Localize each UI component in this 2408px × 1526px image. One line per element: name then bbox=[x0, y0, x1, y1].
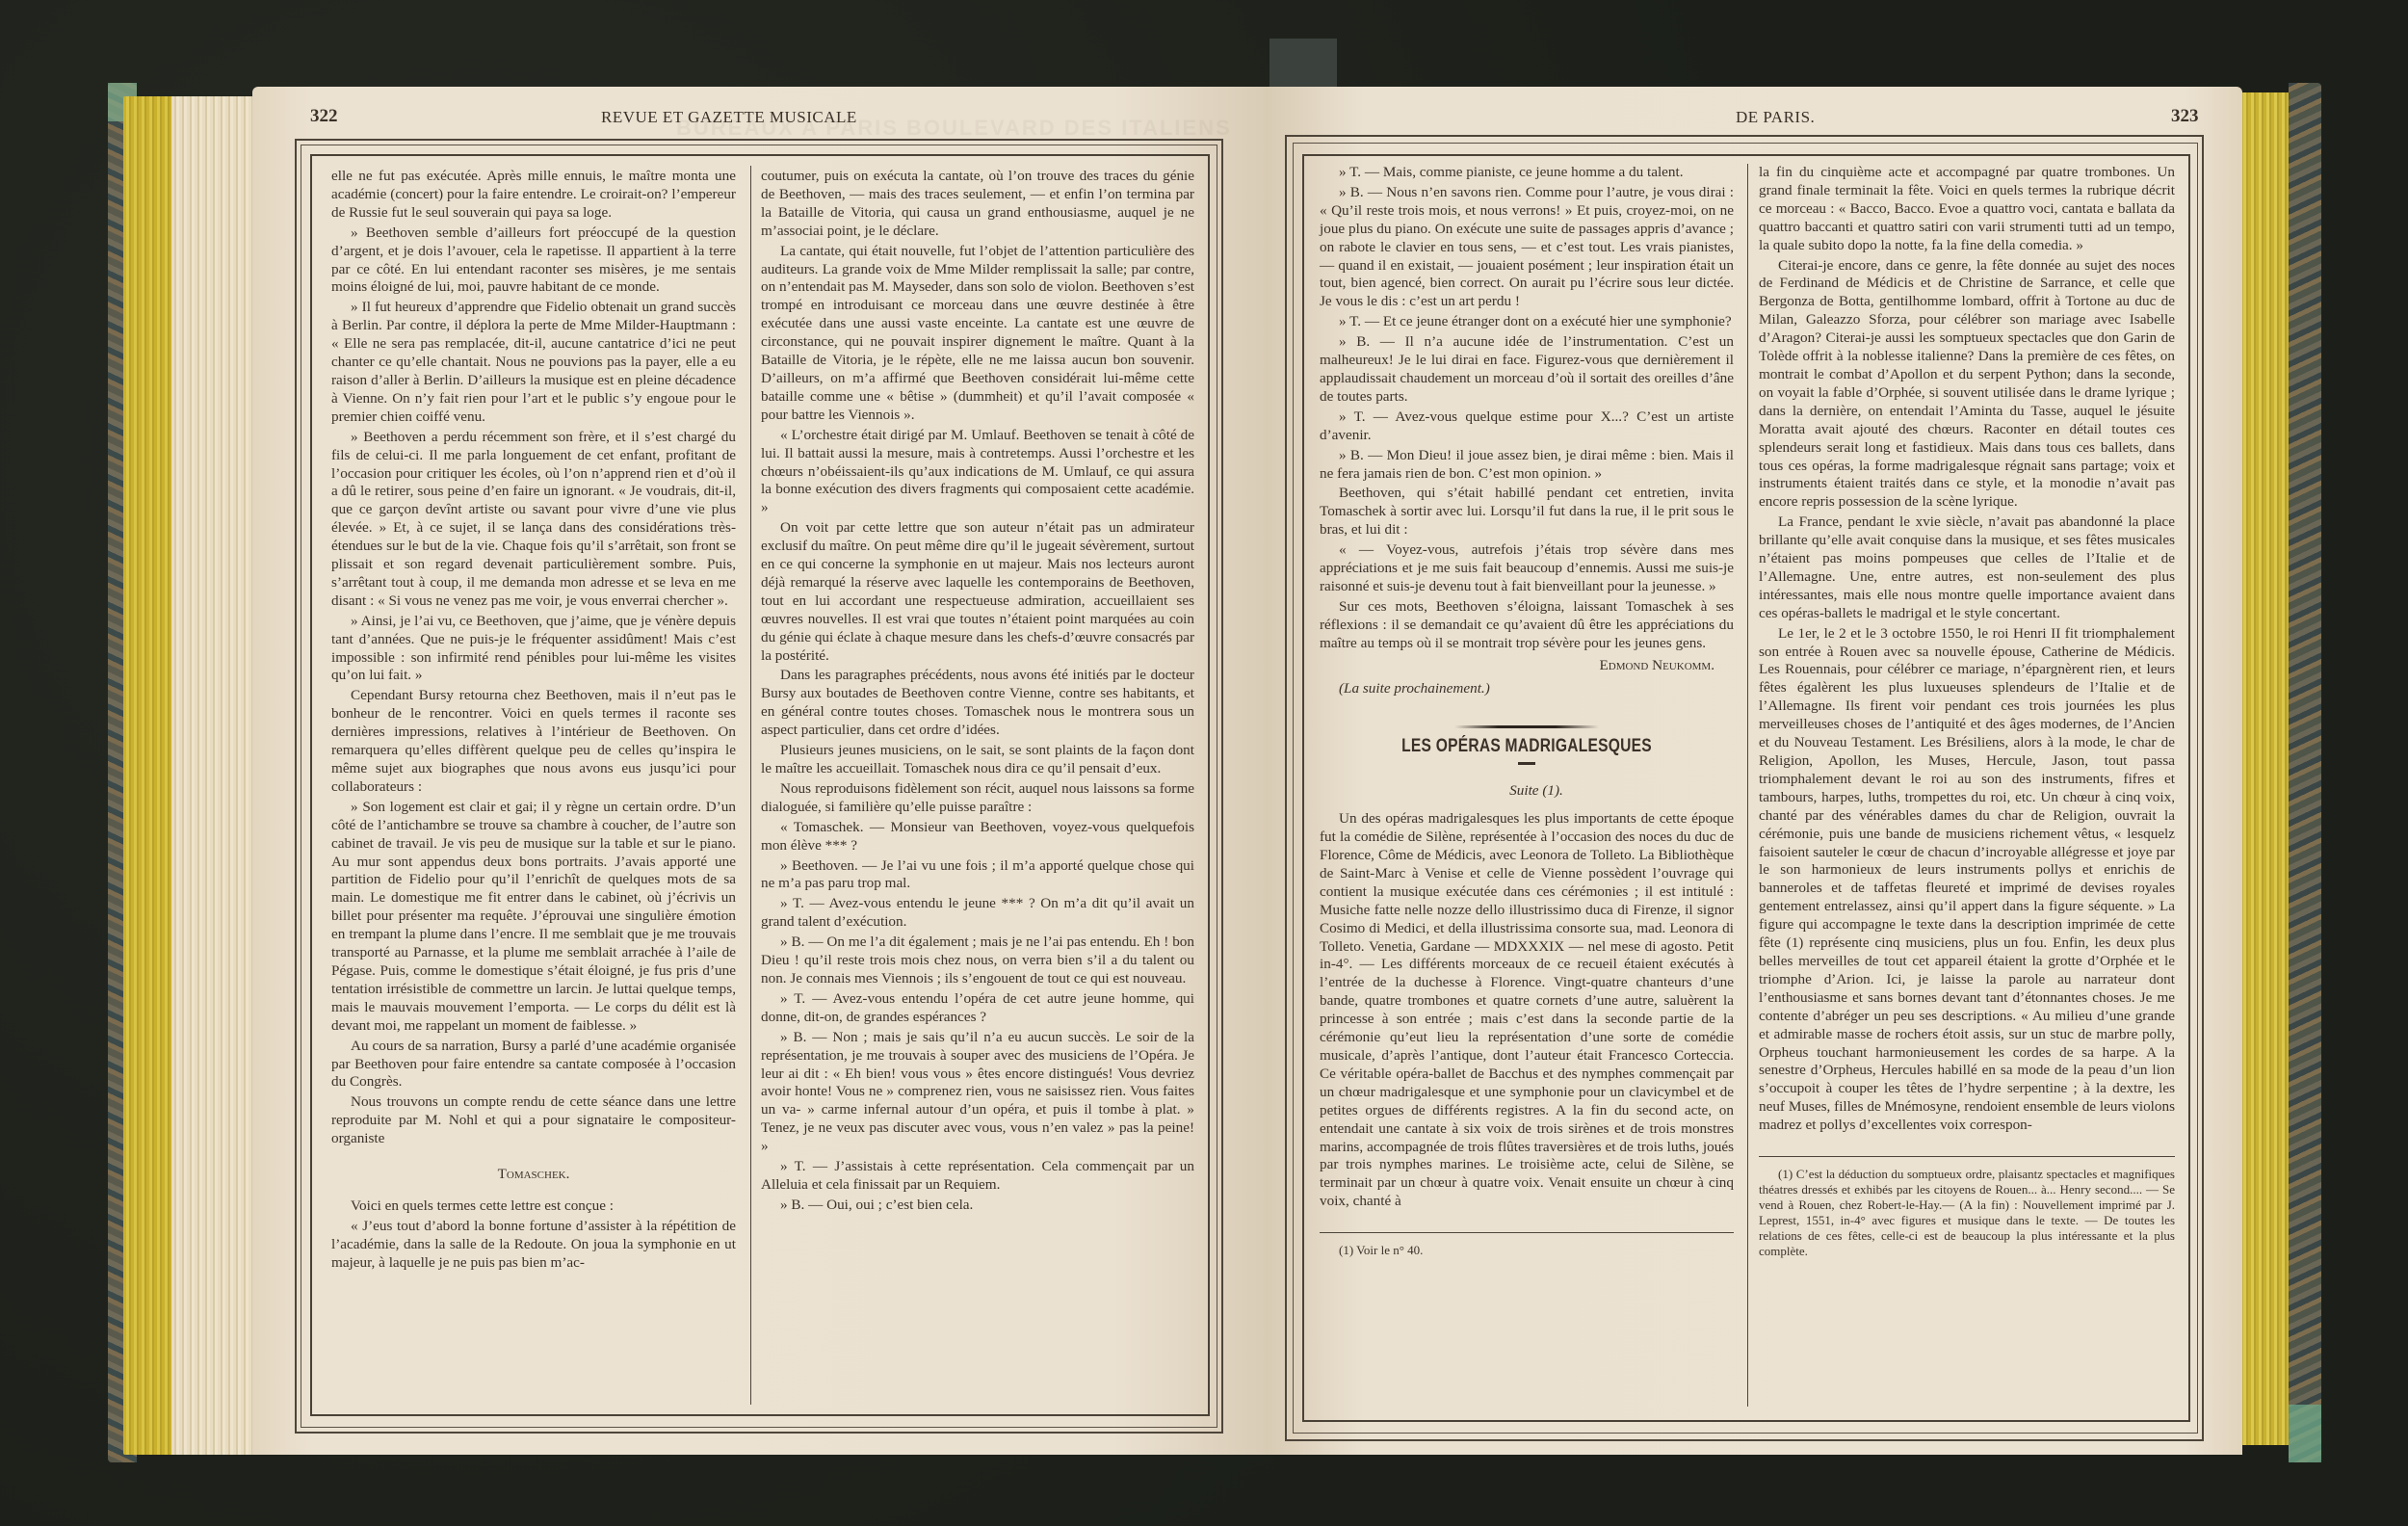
paragraph: Nous reproduisons fidèlement son récit, … bbox=[761, 780, 1194, 817]
section-subtitle: Suite (1). bbox=[1339, 782, 1734, 801]
footnote: (1) C’est la déduction du somptueux ordr… bbox=[1759, 1167, 2175, 1259]
paragraph: Le 1er, le 2 et le 3 octobre 1550, le ro… bbox=[1759, 625, 2175, 1135]
paragraph: » B. — Oui, oui ; c’est bien cela. bbox=[761, 1197, 1194, 1215]
paragraph: » Son logement est clair et gai; il y rè… bbox=[331, 799, 736, 1036]
paragraph: » B. — Non ; mais je sais qu’il n’a eu a… bbox=[761, 1029, 1194, 1156]
signatory-name: Tomaschek. bbox=[331, 1166, 736, 1184]
text-column-2: coutumer, puis on exécuta la cantate, où… bbox=[761, 168, 1194, 1217]
running-head: DE PARIS. bbox=[1736, 108, 1815, 127]
paragraph: Sur ces mots, Beethoven s’éloigna, laiss… bbox=[1320, 598, 1734, 653]
paragraph: » T. — Et ce jeune étranger dont on a ex… bbox=[1320, 313, 1734, 331]
page-number: 322 bbox=[310, 106, 338, 127]
paragraph: » Beethoven a perdu récemment son frère,… bbox=[331, 429, 736, 611]
paragraph: Cependant Bursy retourna chez Beethoven,… bbox=[331, 687, 736, 796]
paragraph: « — Voyez-vous, autrefois j’étais trop s… bbox=[1320, 541, 1734, 596]
paragraph: » Ainsi, je l’ai vu, ce Beethoven, que j… bbox=[331, 613, 736, 686]
footnote-rule bbox=[1759, 1156, 2175, 1157]
paragraph: Dans les paragraphes précédents, nous av… bbox=[761, 667, 1194, 740]
paragraph: » Beethoven. — Je l’ai vu une fois ; il … bbox=[761, 857, 1194, 894]
paragraph: » T. — Mais, comme pianiste, ce jeune ho… bbox=[1320, 164, 1734, 182]
footnote-rule bbox=[1320, 1232, 1734, 1233]
right-page: DE PARIS. 323 » T. — Mais, comme pianist… bbox=[1266, 87, 2242, 1455]
book-spine bbox=[1269, 39, 1337, 89]
paragraph: Beethoven, qui s’était habillé pendant c… bbox=[1320, 485, 1734, 539]
paragraph: « L’orchestre était dirigé par M. Umlauf… bbox=[761, 427, 1194, 518]
paragraph: la fin du cinquième acte et accompagné p… bbox=[1759, 164, 2175, 255]
paragraph: Voici en quels termes cette lettre est c… bbox=[331, 1197, 736, 1216]
paragraph: On voit par cette lettre que son auteur … bbox=[761, 519, 1194, 665]
paragraph: « J’eus tout d’abord la bonne fortune d’… bbox=[331, 1218, 736, 1273]
column-divider bbox=[1747, 164, 1748, 1407]
paragraph: « Tomaschek. — Monsieur van Beethoven, v… bbox=[761, 819, 1194, 855]
paragraph: » T. — Avez-vous quelque estime pour X..… bbox=[1320, 408, 1734, 445]
title-dash bbox=[1518, 762, 1535, 765]
page-number: 323 bbox=[2171, 106, 2199, 127]
ornamental-rule bbox=[1454, 725, 1599, 728]
book-cover-right bbox=[2289, 83, 2321, 1462]
paragraph: » T. — Avez-vous entendu l’opéra de cet … bbox=[761, 990, 1194, 1027]
section-title: LES OPÉRAS MADRIGALESQUES bbox=[1357, 738, 1697, 756]
paragraph: Citerai-je encore, dans ce genre, la fêt… bbox=[1759, 257, 2175, 513]
paragraph: Au cours de sa narration, Bursy a parlé … bbox=[331, 1038, 736, 1092]
paragraph: » T. — J’assistais à cette représentatio… bbox=[761, 1158, 1194, 1195]
page-edges-left bbox=[123, 96, 268, 1455]
page-edges-right bbox=[2240, 92, 2292, 1445]
column-divider bbox=[750, 166, 751, 1405]
paragraph: elle ne fut pas exécutée. Après mille en… bbox=[331, 168, 736, 223]
footnote: (1) Voir le n° 40. bbox=[1320, 1243, 1734, 1258]
paragraph: » B. — Mon Dieu! il joue assez bien, je … bbox=[1320, 447, 1734, 484]
paragraph: Nous trouvons un compte rendu de cette s… bbox=[331, 1093, 736, 1148]
paragraph: Plusieurs jeunes musiciens, on le sait, … bbox=[761, 742, 1194, 778]
paragraph: » B. — Nous n’en savons rien. Comme pour… bbox=[1320, 184, 1734, 311]
text-column-1: » T. — Mais, comme pianiste, ce jeune ho… bbox=[1320, 164, 1734, 1260]
paragraph: coutumer, puis on exécuta la cantate, où… bbox=[761, 168, 1194, 241]
running-head: REVUE ET GAZETTE MUSICALE bbox=[601, 108, 857, 127]
paragraph: » T. — Avez-vous entendu le jeune *** ? … bbox=[761, 895, 1194, 932]
author-signature: Edmond Neukomm. bbox=[1320, 657, 1714, 675]
text-column-2: la fin du cinquième acte et accompagné p… bbox=[1759, 164, 2175, 1261]
left-page: BUREAUX A PARIS BOULEVARD DES ITALIENS 3… bbox=[252, 87, 1266, 1455]
continued-note: (La suite prochainement.) bbox=[1320, 680, 1734, 698]
paragraph: » Il fut heureux d’apprendre que Fidelio… bbox=[331, 299, 736, 426]
paragraph: La France, pendant le xvie siècle, n’ava… bbox=[1759, 513, 2175, 622]
paragraph: La cantate, qui était nouvelle, fut l’ob… bbox=[761, 243, 1194, 425]
paragraph: » Beethoven semble d’ailleurs fort préoc… bbox=[331, 224, 736, 298]
paragraph: » B. — On me l’a dit également ; mais je… bbox=[761, 934, 1194, 988]
paragraph: » B. — Il n’a aucune idée de l’instrumen… bbox=[1320, 333, 1734, 407]
text-column-1: elle ne fut pas exécutée. Après mille en… bbox=[331, 168, 736, 1275]
paragraph: Un des opéras madrigalesques les plus im… bbox=[1320, 810, 1734, 1211]
